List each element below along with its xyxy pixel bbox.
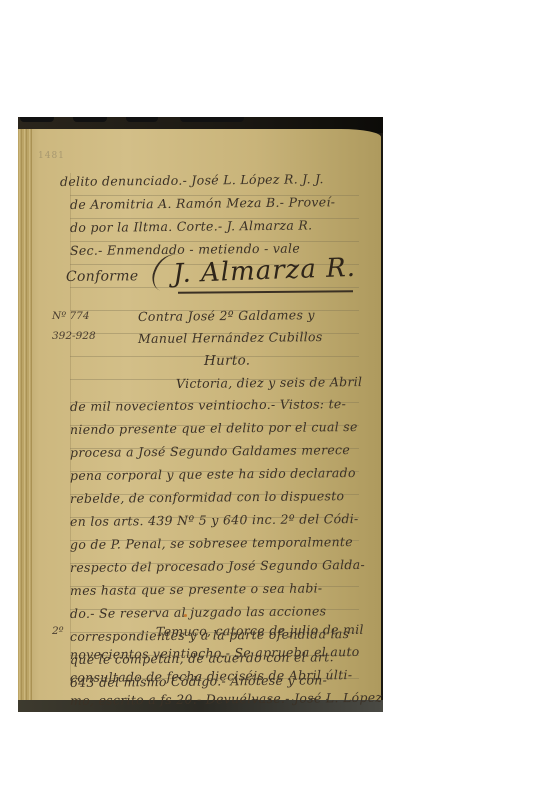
text-line: mes hasta que se presente o sea habi- xyxy=(70,580,323,598)
page-number: 1481 xyxy=(38,151,65,161)
entry-reference: 392-928 xyxy=(52,330,96,342)
text-line: rebelde, de conformidad con lo dispuesto xyxy=(70,488,345,506)
text-line: de mil novecientos veintiocho.- Vistos: … xyxy=(70,396,346,414)
text-line: Victoria, diez y seis de Abril xyxy=(176,374,362,391)
text-line: correspondientes y a la parte ofendida l… xyxy=(70,626,349,644)
binding-shadow-bottom xyxy=(18,700,383,712)
text-line: pena corporal y que este ha sido declara… xyxy=(70,465,356,483)
entry-number: Nº 774 xyxy=(52,310,90,322)
document-photo: 1481 delito denunciado.- José L. López R… xyxy=(18,117,383,712)
page-stack-edge xyxy=(18,129,32,701)
text-line: delito denunciado.- José L. López R. J. … xyxy=(60,171,324,189)
text-line: go de P. Penal, se sobresee temporalment… xyxy=(70,534,353,552)
text-line: do por la Iltma. Corte.- J. Almarza R. xyxy=(70,217,313,235)
text-line: 643 del mismo Código.- Anótese y con- xyxy=(70,672,327,690)
text-line: do.- Se reserva al juzgado las acciones xyxy=(70,603,326,621)
text-line: procesa a José Segundo Galdames merece xyxy=(70,442,350,460)
text-line: de Aromitria A. Ramón Meza B.- Proveí- xyxy=(70,194,335,212)
text-line: respecto del procesado José Segundo Gald… xyxy=(70,557,365,575)
ledger-page: 1481 delito denunciado.- José L. López R… xyxy=(18,129,381,701)
text-line: en los arts. 439 Nº 5 y 640 inc. 2º del … xyxy=(70,511,359,529)
ink-spot xyxy=(184,614,187,617)
text-line: que le competan, de acuerdo con el art. xyxy=(70,649,334,667)
entry-title-line: Contra José 2º Galdames y xyxy=(138,307,315,324)
entry-title-line: Hurto. xyxy=(204,353,250,369)
conforme-label: Conforme xyxy=(66,268,139,285)
signature: J. Almarza R. xyxy=(173,253,357,289)
entry-title-line: Manuel Hernández Cubillos xyxy=(138,329,323,346)
text-line: niendo presente que el delito por el cua… xyxy=(70,419,358,437)
